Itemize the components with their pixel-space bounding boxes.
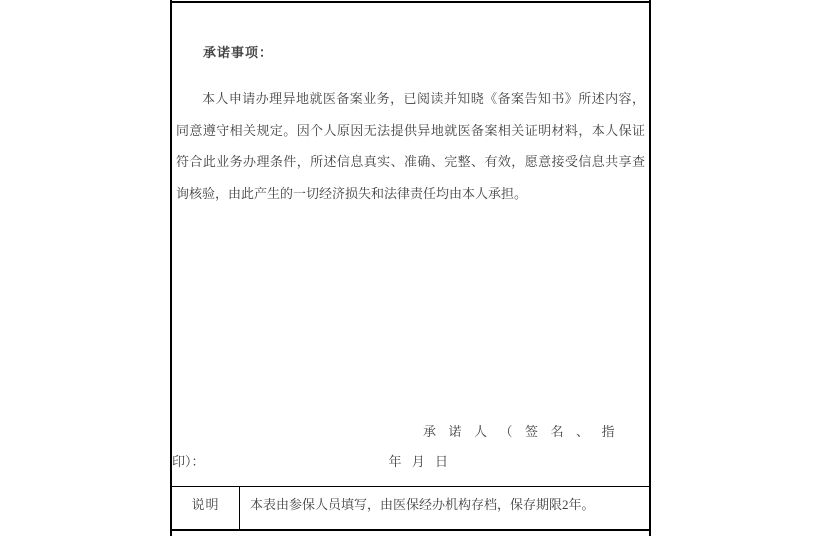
notes-row: 说明 本表由参保人员填写，由医保经办机构存档，保存期限2年。 [172, 486, 649, 531]
commitment-title: 承诺事项： [176, 43, 645, 63]
commitment-paragraph: 本人申请办理异地就医备案业务，已阅读并知晓《备案告知书》所述内容， 同意遵守相关… [176, 83, 645, 209]
signature-line-2: 印）：年 月 日 [172, 447, 649, 477]
notes-text-cell: 本表由参保人员填写，由医保经办机构存档，保存期限2年。 [240, 487, 649, 529]
date-placeholder: 年 月 日 [389, 454, 449, 469]
commitment-line: 本人申请办理异地就医备案业务，已阅读并知晓《备案告知书》所述内容， [176, 83, 645, 115]
notes-label-cell: 说明 [172, 487, 240, 529]
signature-block: 承诺人（签名、指 印）：年 月 日 [172, 417, 649, 477]
signature-prefix: 印）： [172, 454, 205, 469]
commitment-line: 符合此业务办理条件，所述信息真实、准确、完整、有效，愿意接受信息共享查 [176, 146, 645, 178]
notes-label: 说明 [191, 494, 219, 513]
notes-text: 本表由参保人员填写，由医保经办机构存档，保存期限2年。 [250, 494, 595, 513]
document-page: 承诺事项： 本人申请办理异地就医备案业务，已阅读并知晓《备案告知书》所述内容， … [0, 0, 821, 541]
commitment-line: 同意遵守相关规定。因个人原因无法提供异地就医备案相关证明材料，本人保证 [176, 115, 645, 147]
form-table: 承诺事项： 本人申请办理异地就医备案业务，已阅读并知晓《备案告知书》所述内容， … [170, 0, 651, 536]
signature-line-1: 承诺人（签名、指 [172, 417, 649, 447]
commitment-line: 询核验，由此产生的一切经济损失和法律责任均由本人承担。 [176, 178, 645, 210]
commitment-cell: 承诺事项： 本人申请办理异地就医备案业务，已阅读并知晓《备案告知书》所述内容， … [172, 3, 649, 486]
